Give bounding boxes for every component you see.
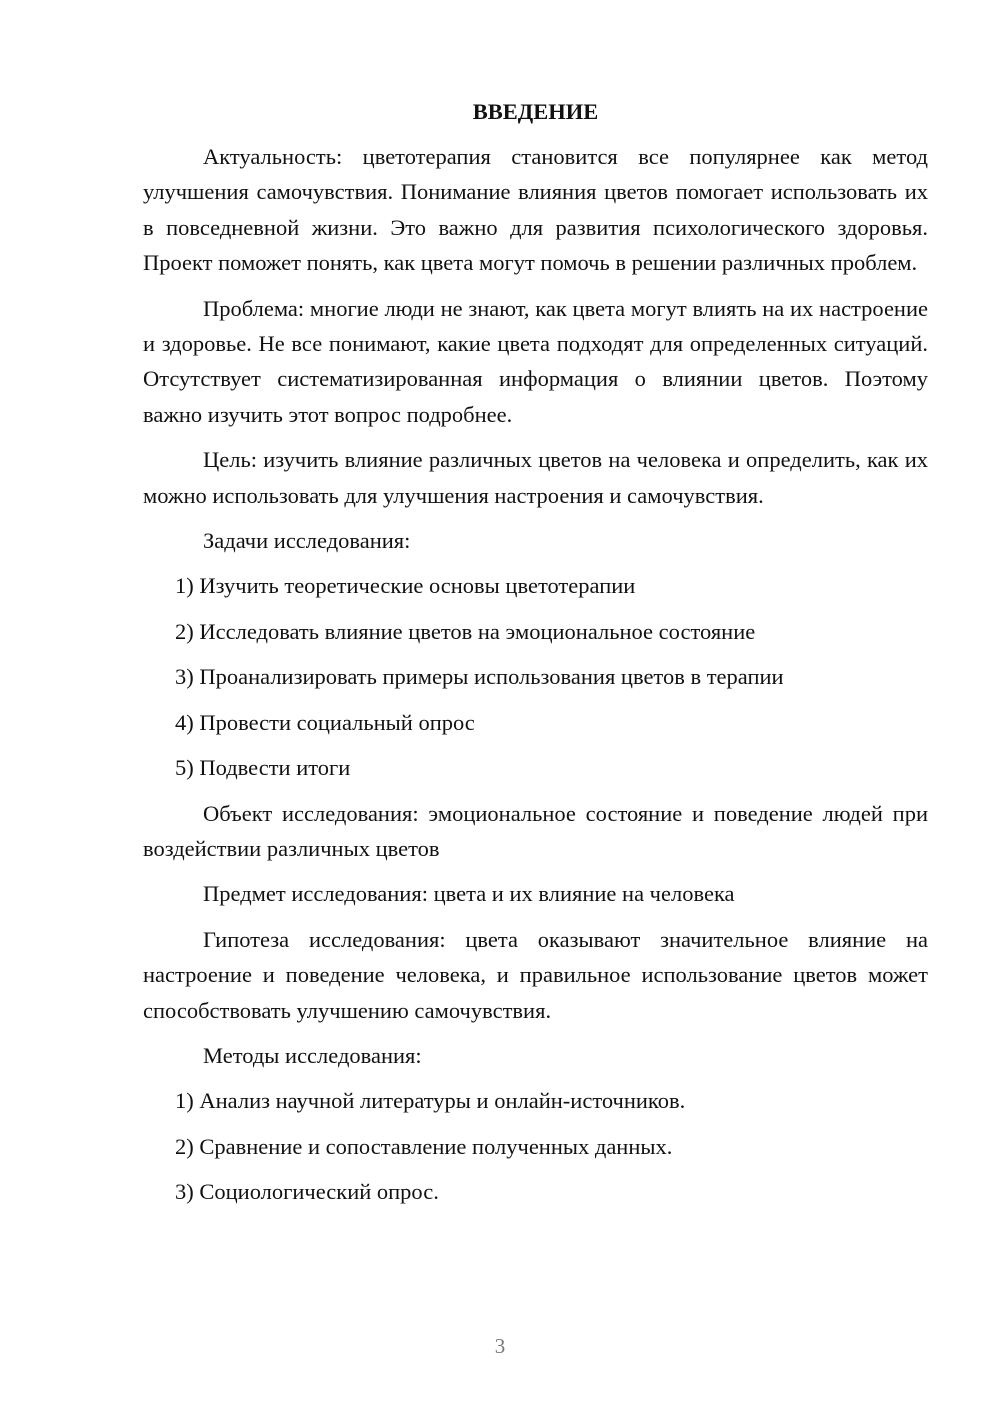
list-item: 2) Сравнение и сопоставление полученных … bbox=[143, 1129, 928, 1164]
paragraph-subject: Предмет исследования: цвета и их влияние… bbox=[143, 876, 928, 911]
list-item: 5) Подвести итоги bbox=[143, 750, 928, 785]
list-item: 4) Провести социальный опрос bbox=[143, 705, 928, 740]
list-item: 3) Проанализировать примеры использовани… bbox=[143, 659, 928, 694]
tasks-heading: Задачи исследования: bbox=[143, 523, 928, 558]
list-item: 1) Анализ научной литературы и онлайн-ис… bbox=[143, 1083, 928, 1118]
paragraph-relevance: Актуальность: цветотерапия становится вс… bbox=[143, 139, 928, 281]
page-number: 3 bbox=[0, 1334, 1000, 1359]
methods-heading: Методы исследования: bbox=[143, 1038, 928, 1073]
tasks-list: 1) Изучить теоретические основы цветотер… bbox=[143, 568, 928, 785]
page-content: ВВЕДЕНИЕ Актуальность: цветотерапия стан… bbox=[143, 94, 928, 1220]
methods-list: 1) Анализ научной литературы и онлайн-ис… bbox=[143, 1083, 928, 1209]
paragraph-problem: Проблема: многие люди не знают, как цвет… bbox=[143, 291, 928, 433]
paragraph-hypothesis: Гипотеза исследования: цвета оказывают з… bbox=[143, 922, 928, 1028]
paragraph-object: Объект исследования: эмоциональное состо… bbox=[143, 796, 928, 867]
list-item: 3) Социологический опрос. bbox=[143, 1174, 928, 1209]
paragraph-goal: Цель: изучить влияние различных цветов н… bbox=[143, 442, 928, 513]
document-page: ВВЕДЕНИЕ Актуальность: цветотерапия стан… bbox=[0, 0, 1000, 1414]
list-item: 2) Исследовать влияние цветов на эмоцион… bbox=[143, 614, 928, 649]
list-item: 1) Изучить теоретические основы цветотер… bbox=[143, 568, 928, 603]
section-title: ВВЕДЕНИЕ bbox=[143, 94, 928, 129]
